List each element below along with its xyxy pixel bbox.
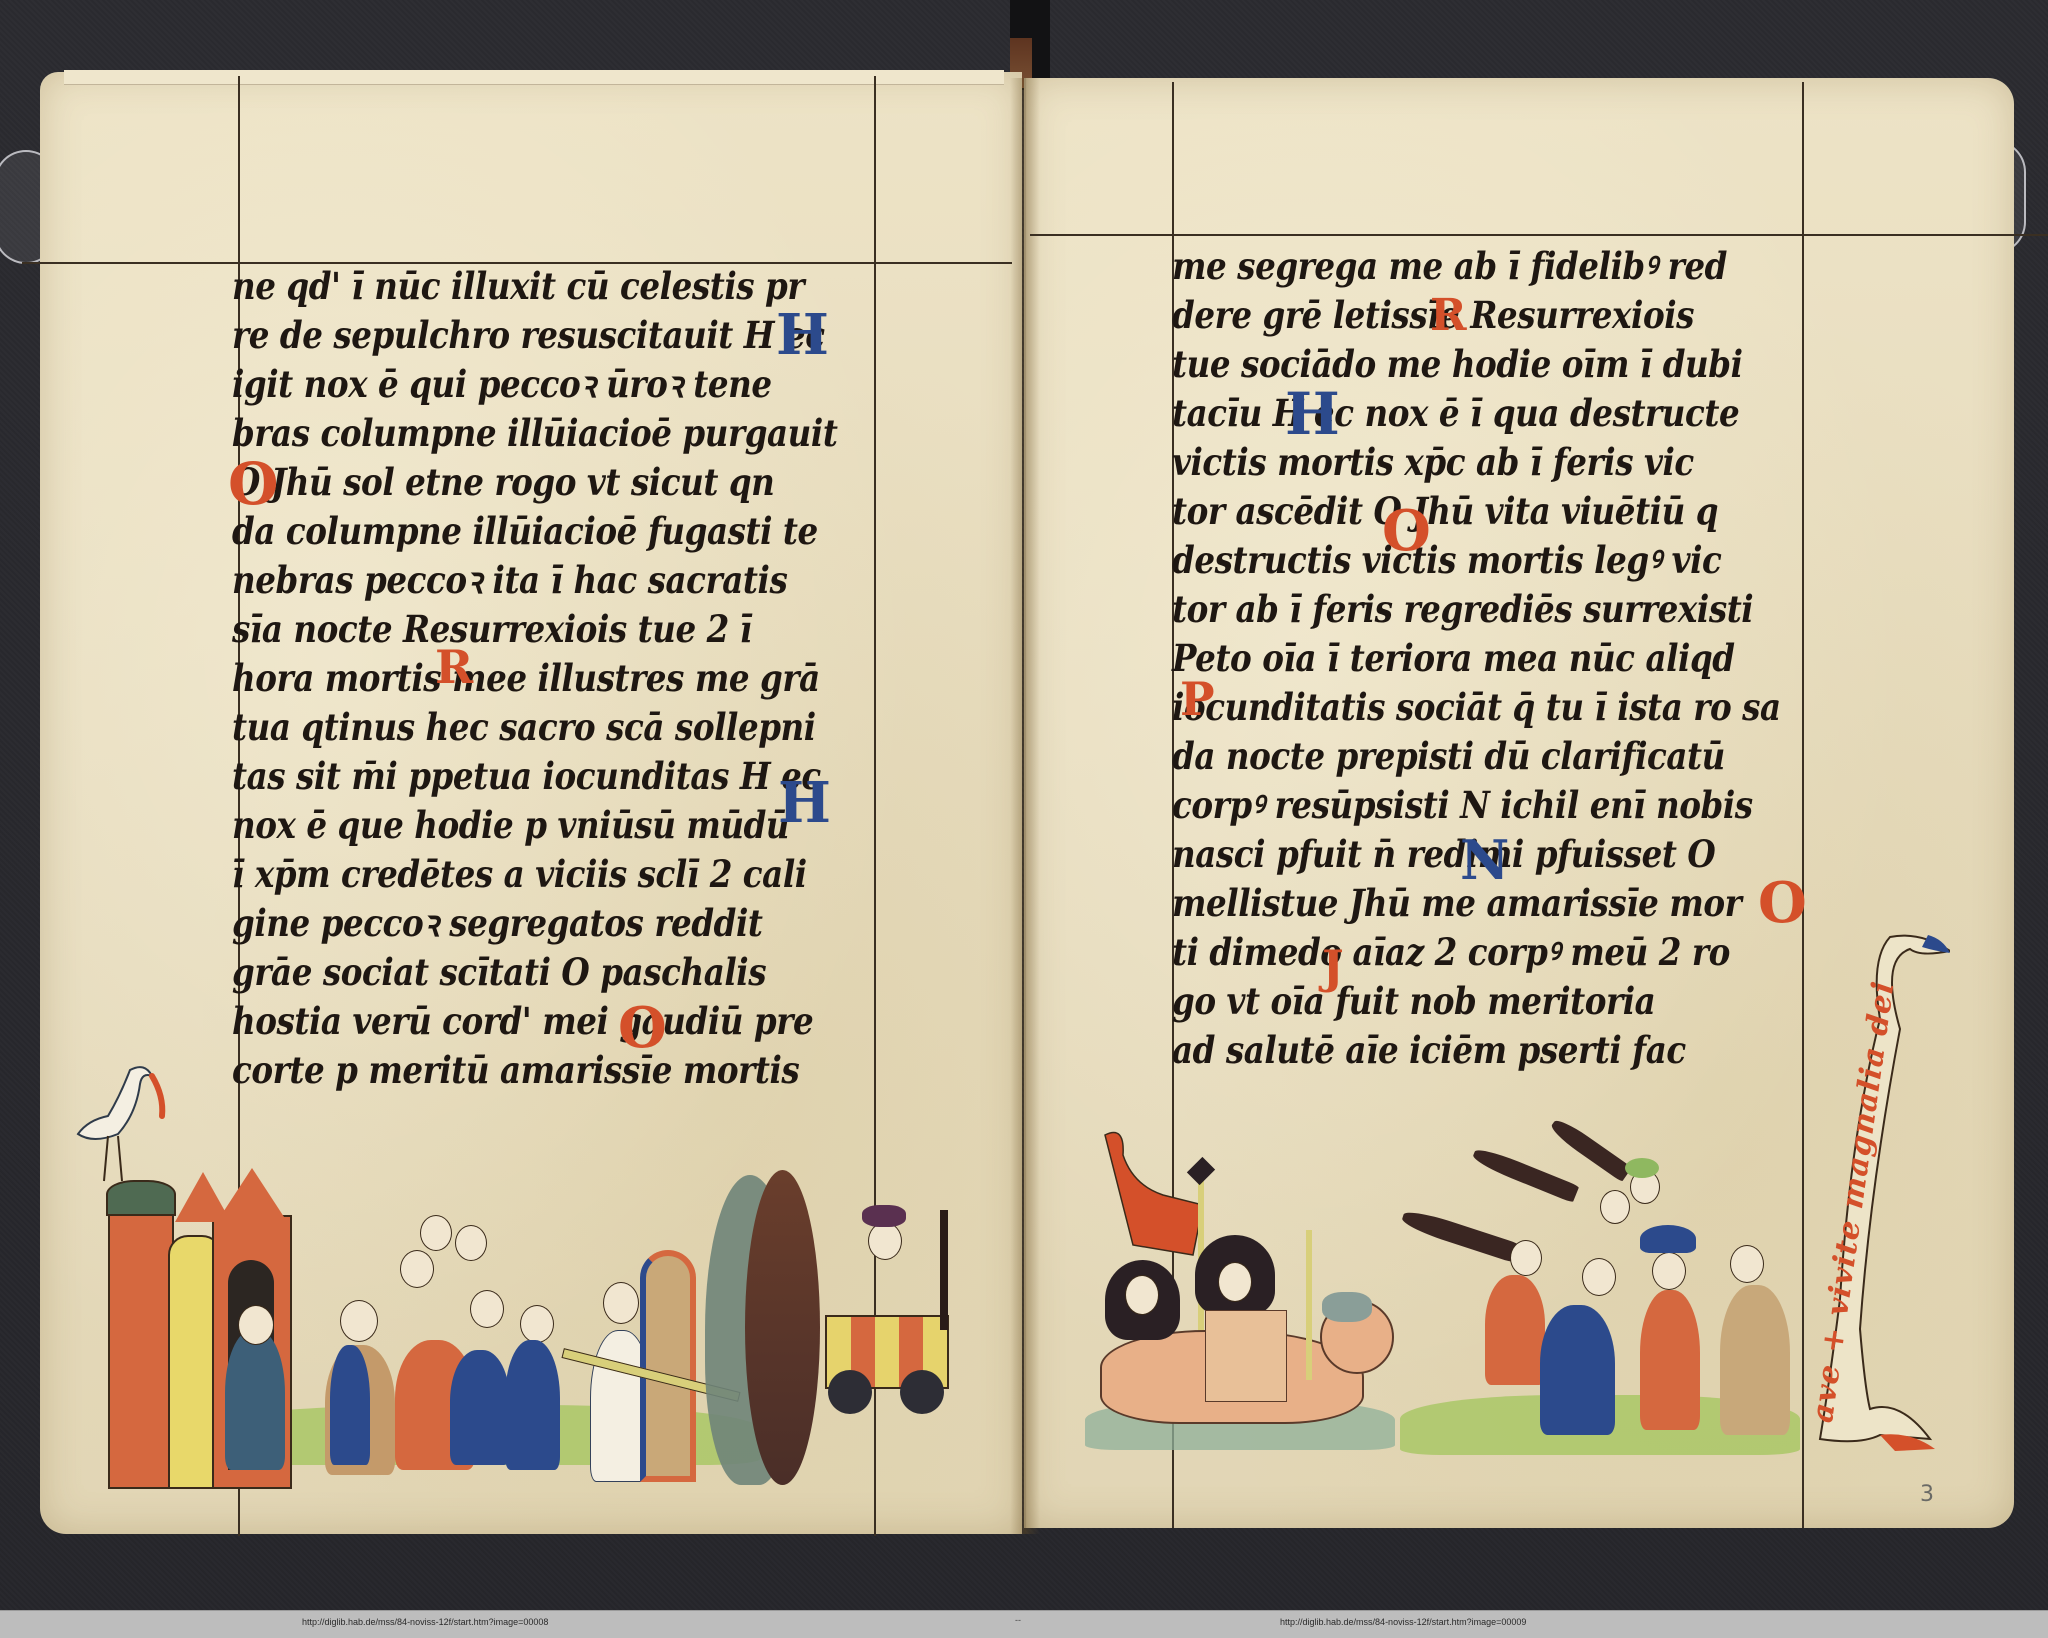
rider-tunic — [1205, 1310, 1287, 1402]
text-line: ad salutē aīe iciēm pserti fac — [1172, 1026, 1770, 1075]
figure-head — [520, 1305, 554, 1343]
figure-head — [1730, 1245, 1764, 1283]
text-line: tor ascēdit O Jhū vita viuētiū q — [1172, 487, 1770, 536]
figure-robed — [450, 1350, 510, 1465]
text-line: corpꝰ resūpsisti N ichil enī nobis — [1172, 781, 1770, 830]
text-line: hora mortis mee illustres me grā — [232, 654, 839, 703]
figure-kneeling — [1540, 1305, 1615, 1435]
initial-h-blue: H — [776, 302, 829, 368]
folio-number: 3 — [1920, 1482, 1934, 1507]
text-line: corte p meritū amarissīe mortis — [232, 1046, 839, 1095]
figure-hat — [1640, 1225, 1696, 1253]
text-line: grāe sociat scītati O paschalis — [232, 948, 839, 997]
initial-h-blue: H — [1285, 380, 1340, 448]
figure-robed — [1640, 1290, 1700, 1430]
red-pennant-icon — [1095, 1125, 1205, 1265]
hellmouth-flames — [745, 1170, 820, 1485]
tower-roof — [106, 1180, 176, 1216]
initial-r-red: R — [1430, 290, 1467, 341]
initial-o-red: O — [618, 995, 667, 1061]
initial-o-red: O — [228, 450, 279, 518]
text-line: re de sepulchro resuscitauit H ec — [232, 311, 839, 360]
stork-bird-icon — [60, 1060, 190, 1200]
rider-head — [1125, 1275, 1159, 1315]
text-line: igit nox ē qui peccoꝛ ūroꝛ tene — [232, 360, 839, 409]
figure-head — [1652, 1252, 1686, 1290]
text-line: iocunditatis sociāt q̄ tu ī ista ro sa — [1172, 683, 1770, 732]
gutter — [1010, 78, 1040, 1534]
initial-h-blue: H — [778, 770, 831, 836]
beast-ears — [1322, 1292, 1372, 1322]
text-line: victis mortis xp̄c ab ī feris vic — [1172, 438, 1770, 487]
initial-p-red: P — [1180, 672, 1215, 726]
text-line: tue sociādo me hodie oīm ī dubi — [1172, 340, 1770, 389]
center-mark: -- — [1015, 1615, 1021, 1625]
text-line: da nocte prepisti dū clarificatū — [1172, 732, 1770, 781]
right-page-text: me segrega me ab ī fidelibꝰ red dere grē… — [1172, 242, 1852, 1075]
trumpeter — [1485, 1275, 1545, 1385]
figure-head — [400, 1250, 434, 1288]
whip-staff — [1306, 1230, 1312, 1380]
right-top-rule — [1030, 234, 2048, 236]
figure-head — [238, 1305, 274, 1345]
red-tower — [108, 1205, 174, 1489]
text-line: bras columpne illūiacioē purgauit — [232, 409, 839, 458]
figure-robed — [330, 1345, 370, 1465]
text-line: nox ē que hodie p vniūsū mūdū — [232, 801, 839, 850]
url-caption-bar: http://diglib.hab.de/mss/84-noviss-12f/s… — [0, 1610, 2048, 1638]
angel-wing — [640, 1250, 696, 1482]
text-line: Peto oīa ī teriora mea nūc aliqd — [1172, 634, 1770, 683]
figure-head — [470, 1290, 504, 1328]
text-line: tor ab ī feris regrediēs surrexisti — [1172, 585, 1770, 634]
text-line: ti dimedo aīaz 2 corpꝰ meū 2 ro — [1172, 928, 1770, 977]
text-line: tas sit m̄i ppetua iocunditas H ec — [232, 752, 839, 801]
rider-crown — [862, 1205, 906, 1227]
text-line: ne qd' ī nūc illuxit cū celestis pr — [232, 262, 839, 311]
text-line: sīa nocte Resurrexiois tue 2 ī — [232, 605, 839, 654]
chariot-wheel — [828, 1370, 872, 1414]
text-line: gine peccoꝛ segregatos reddit — [232, 899, 839, 948]
rider-torch — [940, 1210, 948, 1330]
chariot-wheel — [900, 1370, 944, 1414]
text-line: hostia verū cord' mei gaudiū pre — [232, 997, 839, 1046]
initial-n-blue: N — [1460, 828, 1509, 892]
figure-head — [1510, 1240, 1542, 1276]
initial-o-red: O — [1758, 870, 1807, 936]
angel-head — [603, 1282, 639, 1324]
text-line: O Jhū sol etne rogo vt sicut qn — [232, 458, 839, 507]
left-image-url: http://diglib.hab.de/mss/84-noviss-12f/s… — [302, 1617, 548, 1627]
text-line: go vt oīa fuit nob meritoria — [1172, 977, 1770, 1026]
initial-j-red: J — [1322, 940, 1344, 994]
gate-spire — [218, 1168, 286, 1220]
text-line: dere grē letissīe Resurrexiois — [1172, 291, 1770, 340]
initial-o-red: O — [1382, 498, 1431, 564]
figure-robed — [505, 1340, 560, 1470]
rider-head — [1218, 1262, 1252, 1302]
figure-head — [1582, 1258, 1616, 1296]
text-line: tacīu H ec nox ē ī qua destructe — [1172, 389, 1770, 438]
rider-head — [868, 1222, 902, 1260]
figure-robed — [225, 1330, 285, 1470]
figure-head — [455, 1225, 487, 1261]
initial-r-red: R — [435, 640, 473, 694]
text-line: da columpne illūiacioē fugasti te — [232, 507, 839, 556]
right-image-url: http://diglib.hab.de/mss/84-noviss-12f/s… — [1280, 1617, 1526, 1627]
figure-head — [420, 1215, 452, 1251]
figure-head — [340, 1300, 378, 1342]
text-line: destructis victis mortis legꝰ vic — [1172, 536, 1770, 585]
figure-robed — [1720, 1285, 1790, 1435]
text-line: tua qtinus hec sacro scā sollepni — [232, 703, 839, 752]
figure-head — [1600, 1190, 1630, 1224]
left-page-text: ne qd' ī nūc illuxit cū celestis pr re d… — [232, 262, 922, 1095]
text-line: ī xp̄m credētes a viciis sclī 2 cali — [232, 850, 839, 899]
page-edge — [64, 70, 1004, 85]
green-hat — [1625, 1158, 1659, 1178]
text-line: nebras peccoꝛ ita ī hac sacratis — [232, 556, 839, 605]
text-line: me segrega me ab ī fidelibꝰ red — [1172, 242, 1770, 291]
